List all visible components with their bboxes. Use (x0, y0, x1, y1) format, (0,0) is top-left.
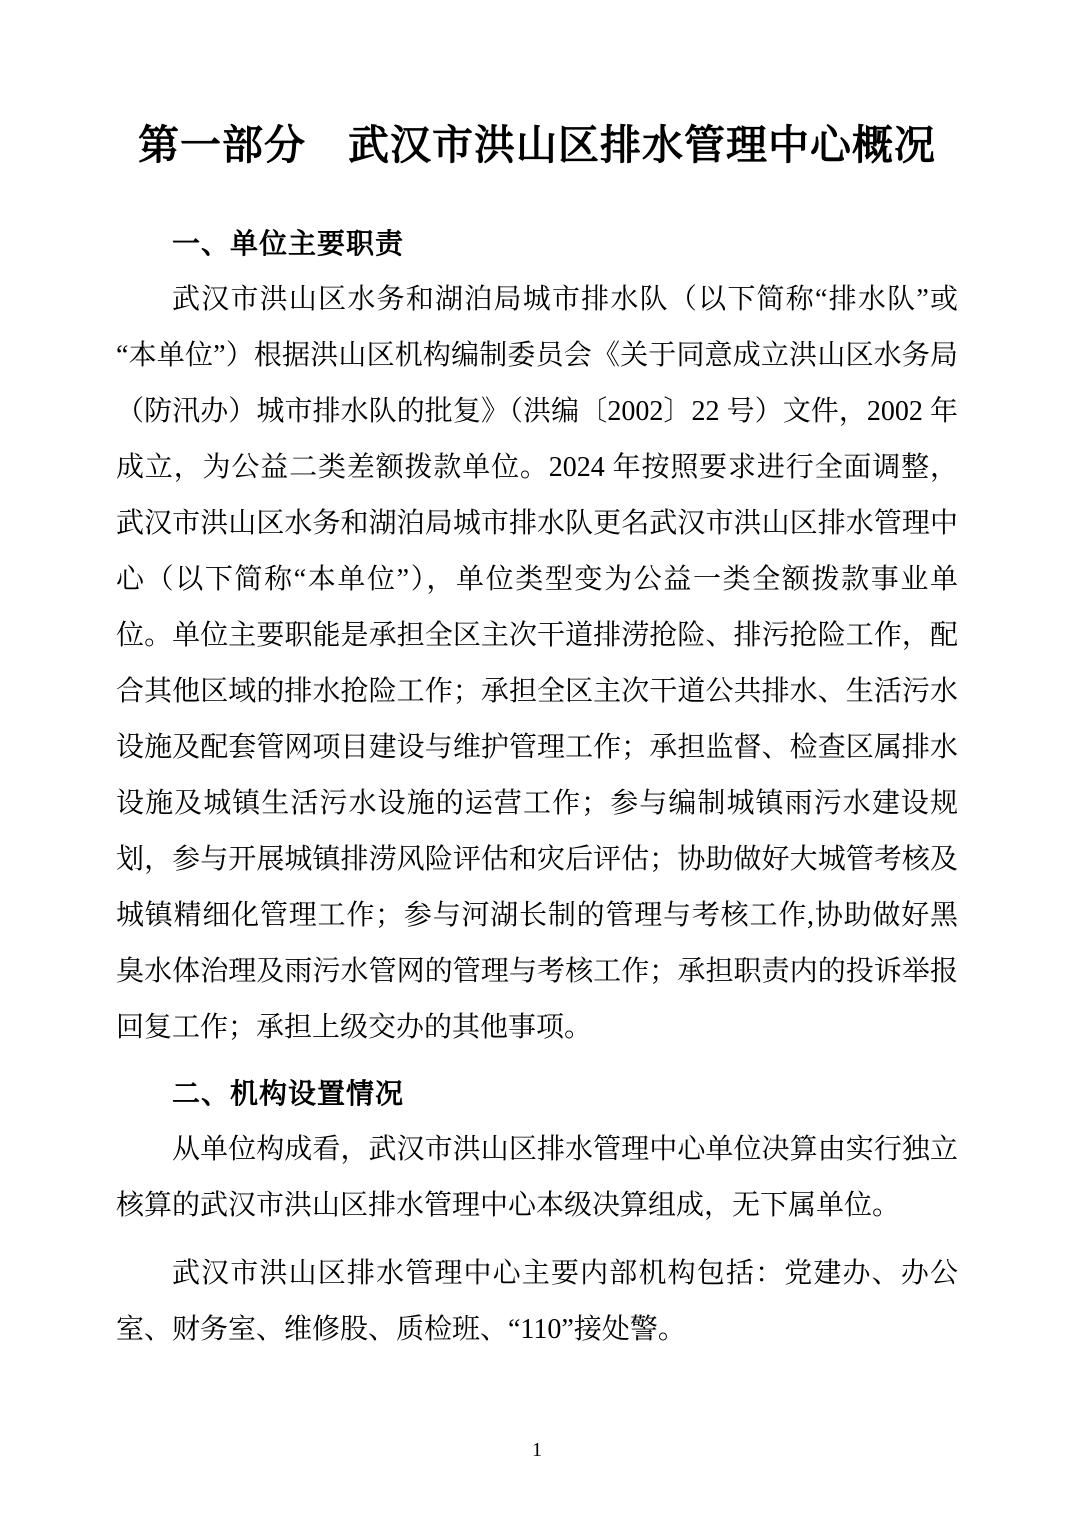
document-page: 第一部分 武汉市洪山区排水管理中心概况 一、单位主要职责 武汉市洪山区水务和湖泊… (0, 0, 1074, 1520)
section-heading-org-structure: 二、机构设置情况 (116, 1066, 958, 1122)
section-heading-unit-duties: 一、单位主要职责 (116, 216, 958, 272)
paragraph-unit-duties: 武汉市洪山区水务和湖泊局城市排水队（以下简称“排水队”或“本单位”）根据洪山区机… (116, 272, 958, 1056)
page-title: 第一部分 武汉市洪山区排水管理中心概况 (116, 118, 958, 172)
paragraph-org-composition: 从单位构成看，武汉市洪山区排水管理中心单位决算由实行独立核算的武汉市洪山区排水管… (116, 1122, 958, 1234)
page-number: 1 (0, 1438, 1074, 1462)
paragraph-internal-departments: 武汉市洪山区排水管理中心主要内部机构包括：党建办、办公室、财务室、维修股、质检班… (116, 1246, 958, 1358)
